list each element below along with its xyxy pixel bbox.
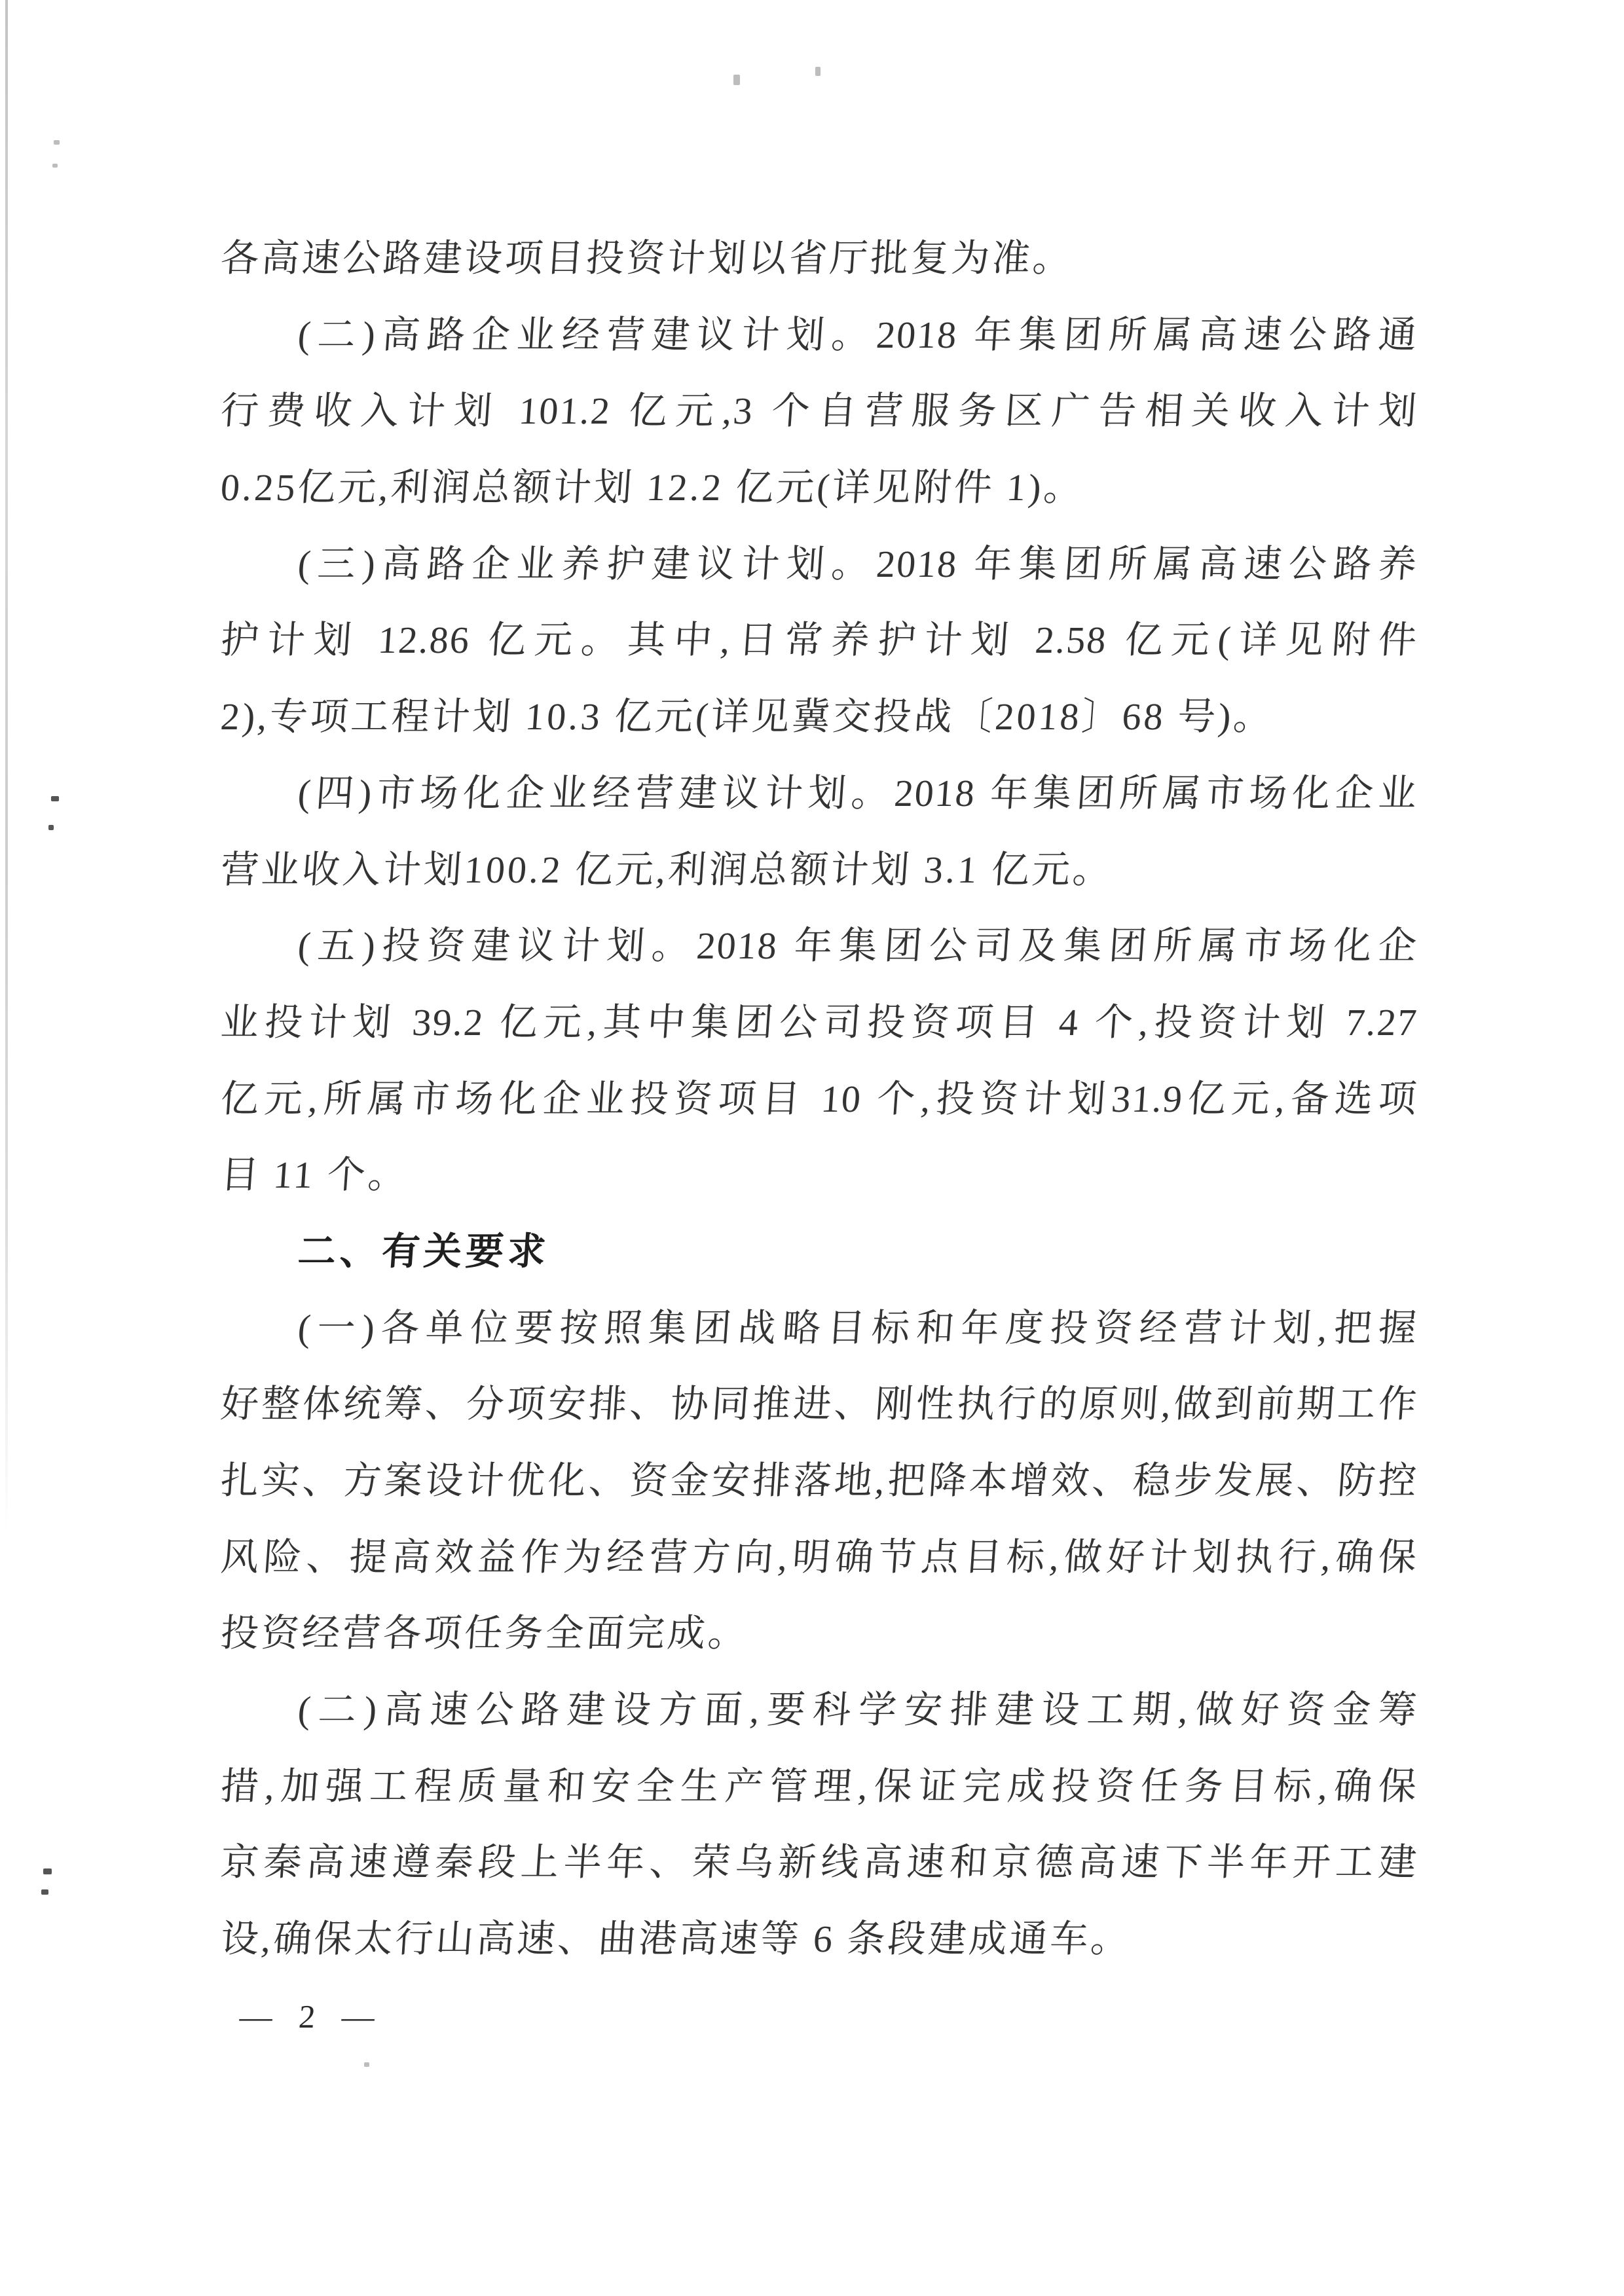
text-line: 护计划 12.86 亿元。其中,日常养护计划 2.58 亿元(详见附件 — [218, 602, 1420, 679]
scan-speck — [52, 164, 58, 168]
text-line: (三)高路企业养护建议计划。2018 年集团所属高速公路养 — [218, 526, 1420, 603]
text-line: 二、有关要求 — [218, 1214, 1420, 1290]
text-line: 设,确保太行山高速、曲港高速等 6 条段建成通车。 — [218, 1901, 1420, 1978]
text-line: (一)各单位要按照集团战略目标和年度投资经营计划,把握 — [218, 1290, 1420, 1367]
scan-speck — [43, 1868, 52, 1874]
text-line: (二)高路企业经营建议计划。2018 年集团所属高速公路通 — [218, 297, 1420, 374]
document-body: 各高速公路建设项目投资计划以省厅批复为准。(二)高路企业经营建议计划。2018 … — [221, 221, 1418, 1978]
text-line: 投资经营各项任务全面完成。 — [218, 1595, 1420, 1672]
text-line: 目 11 个。 — [218, 1137, 1420, 1214]
text-line: 业投计划 39.2 亿元,其中集团公司投资项目 4 个,投资计划 7.27 — [218, 985, 1420, 1061]
scan-speck — [733, 75, 740, 85]
text-line: (二)高速公路建设方面,要科学安排建设工期,做好资金筹 — [218, 1672, 1420, 1749]
scan-speck — [48, 825, 54, 830]
page-number: — 2 — — [238, 1985, 386, 2048]
text-line: 风险、提高效益作为经营方向,明确节点目标,做好计划执行,确保 — [218, 1520, 1420, 1596]
text-line: 扎实、方案设计优化、资金安排落地,把降本增效、稳步发展、防控 — [218, 1443, 1420, 1520]
text-line: 好整体统筹、分项安排、协同推进、刚性执行的原则,做到前期工作 — [218, 1366, 1420, 1443]
text-line: 京秦高速遵秦段上半年、荣乌新线高速和京德高速下半年开工建 — [218, 1825, 1420, 1901]
text-line: 亿元,所属市场化企业投资项目 10 个,投资计划31.9亿元,备选项 — [218, 1061, 1420, 1138]
scan-speck — [364, 2062, 369, 2067]
scan-speck — [51, 796, 59, 801]
text-line: 2),专项工程计划 10.3 亿元(详见冀交投战〔2018〕68 号)。 — [218, 679, 1420, 756]
scan-speck — [815, 67, 821, 76]
text-line: 0.25亿元,利润总额计划 12.2 亿元(详见附件 1)。 — [218, 450, 1420, 526]
text-line: 营业收入计划100.2 亿元,利润总额计划 3.1 亿元。 — [218, 832, 1420, 909]
text-line: 措,加强工程质量和安全生产管理,保证完成投资任务目标,确保 — [218, 1749, 1420, 1825]
scan-speck — [54, 140, 60, 145]
text-line: (四)市场化企业经营建议计划。2018 年集团所属市场化企业 — [218, 756, 1420, 832]
text-line: (五)投资建议计划。2018 年集团公司及集团所属市场化企 — [218, 908, 1420, 985]
text-line: 各高速公路建设项目投资计划以省厅批复为准。 — [218, 221, 1420, 297]
scan-edge-artifact — [5, 0, 8, 1532]
text-line: 行费收入计划 101.2 亿元,3 个自营服务区广告相关收入计划 — [218, 373, 1420, 450]
scan-speck — [41, 1889, 48, 1895]
scanned-document-page: 各高速公路建设项目投资计划以省厅批复为准。(二)高路企业经营建议计划。2018 … — [0, 0, 1624, 2296]
